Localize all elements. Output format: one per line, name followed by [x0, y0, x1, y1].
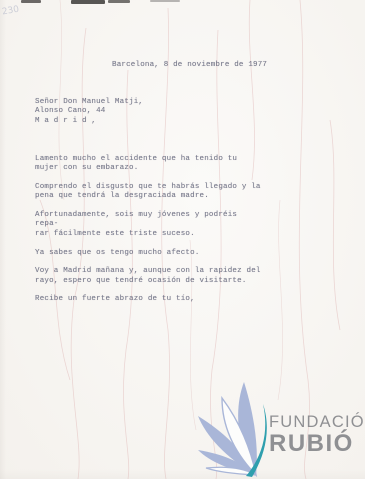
- water-lily-flower-icon: [196, 382, 280, 479]
- letter-paragraph: Lamento mucho el accidente que ha tenido…: [35, 155, 265, 174]
- scan-smudge: [21, 0, 41, 3]
- recipient-city: M a d r i d ,: [35, 117, 143, 126]
- logo-text-rubio: RUBIÓ: [269, 432, 365, 456]
- letter-paragraph: Ya sabes que os tengo mucho afecto.: [35, 249, 265, 258]
- recipient-address-block: Señor Don Manuel Matji, Alonso Cano, 44 …: [35, 98, 143, 126]
- scan-smudge: [71, 0, 105, 4]
- pencil-archive-number: 230: [1, 5, 20, 18]
- logo-wordmark: FUNDACIÓ RUBIÓ: [269, 414, 365, 456]
- letter-body: Lamento mucho el accidente que ha tenido…: [35, 155, 265, 314]
- fundacio-rubio-logo: FUNDACIÓ RUBIÓ: [196, 382, 365, 479]
- scan-smudge: [108, 0, 130, 3]
- letter-paragraph: Comprendo el disgusto que te habrás lleg…: [35, 183, 265, 202]
- scan-smudge: [150, 0, 180, 2]
- scanned-letter-page: 230 Barcelona, 8 de noviembre de 1977 Se…: [0, 0, 365, 479]
- recipient-street: Alonso Cano, 44: [35, 107, 143, 116]
- letter-closing: Recibe un fuerte abrazo de tu tío,: [35, 295, 265, 304]
- letter-paragraph: Afortunadamente, sois muy jóvenes y podr…: [35, 211, 265, 239]
- letter-date-line: Barcelona, 8 de noviembre de 1977: [112, 61, 267, 70]
- logo-text-fundacio: FUNDACIÓ: [269, 414, 365, 431]
- recipient-name: Señor Don Manuel Matji,: [35, 98, 143, 107]
- letter-paragraph: Voy a Madrid mañana y, aunque con la rap…: [35, 267, 265, 286]
